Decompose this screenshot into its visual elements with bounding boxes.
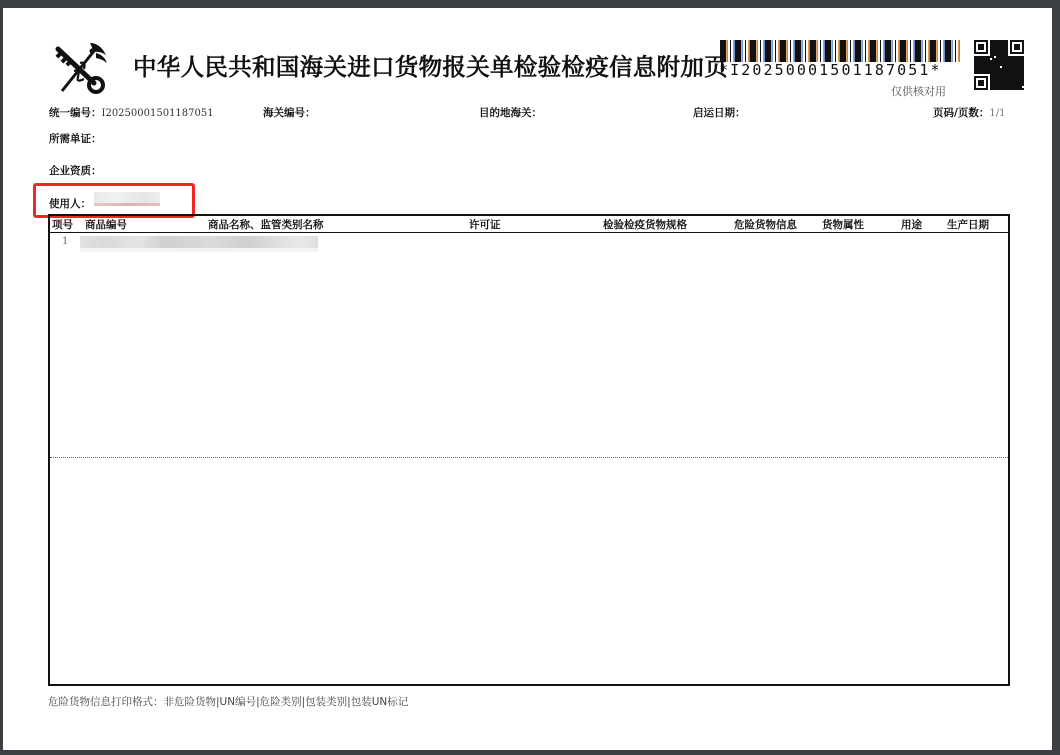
verify-note: 仅供核对用 [891,83,946,99]
departure-date-label: 启运日期： [693,107,746,119]
enterprise-qualification-field: 企业资质： [49,163,102,178]
document-page: 中华人民共和国海关进口货物报关单检验检疫信息附加页 *I202500015011… [3,8,1052,750]
customs-emblem-icon [52,39,110,95]
customs-number-label: 海关编号： [263,107,316,119]
column-header-production-date: 生产日期 [947,217,989,232]
highlight-box [33,183,195,218]
page-count-value: 1/1 [989,108,1005,119]
departure-date-field: 启运日期： [693,105,746,120]
column-header-usage: 用途 [901,217,922,232]
barcode-icon [720,40,960,62]
column-header-item-no: 项号 [52,217,73,232]
column-header-commodity-code: 商品编号 [85,217,127,232]
qr-code-icon [974,40,1024,90]
column-header-goods-attribute: 货物属性 [822,217,864,232]
unified-number-label: 统一编号： [49,107,102,119]
destination-customs-field: 目的地海关： [479,105,542,120]
page-count-label: 页码/页数： [933,107,989,119]
row-content-redacted [80,236,318,249]
enterprise-qualification-label: 企业资质： [49,165,102,177]
column-header-inspection-spec: 检验检疫货物规格 [603,217,687,232]
table-header: 项号 商品编号 商品名称、监管类别名称 许可证 检验检疫货物规格 危险货物信息 … [50,216,1008,233]
goods-table: 项号 商品编号 商品名称、监管类别名称 许可证 检验检疫货物规格 危险货物信息 … [48,214,1010,686]
column-header-commodity-name: 商品名称、监管类别名称 [208,217,324,232]
barcode-number: *I20250001501187051* [719,61,964,79]
unified-number-value: I20250001501187051 [102,108,214,119]
page-count-field: 页码/页数：1/1 [933,105,1005,120]
required-docs-field: 所需单证： [49,131,102,146]
column-header-dangerous-goods: 危险货物信息 [734,217,797,232]
dangerous-goods-format-note: 危险货物信息打印格式：非危险货物|UN编号|危险类别|包装类别|包装UN标记 [48,694,408,709]
row-item-number: 1 [62,236,68,247]
document-title: 中华人民共和国海关进口货物报关单检验检疫信息附加页 [133,48,728,82]
destination-customs-label: 目的地海关： [479,107,542,119]
dotted-separator [50,457,1008,458]
customs-number-field: 海关编号： [263,105,316,120]
unified-number-field: 统一编号：I20250001501187051 [49,105,214,120]
required-docs-label: 所需单证： [49,133,102,145]
column-header-license: 许可证 [469,217,501,232]
